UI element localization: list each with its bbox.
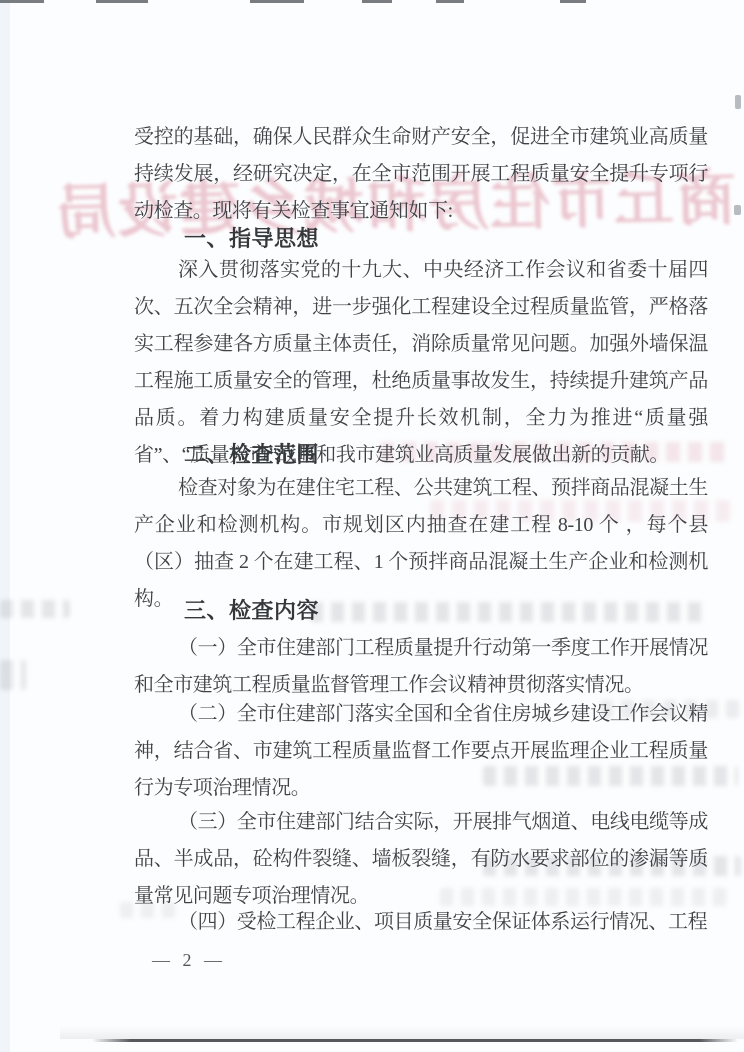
scan-speck (734, 205, 741, 215)
paragraph-item-2: （二）全市住建部门落实全国和全省住房城乡建设工作会议精神，结合省、市建筑工程质量… (134, 696, 708, 807)
scan-top-edge-mark (560, 0, 586, 3)
scan-top-edge-mark (436, 0, 464, 3)
scanned-document-page: 商丘市住房和城乡建设局 受控的基础，确保人民群众生命财产安全，促进全市建筑业高质… (0, 0, 744, 1052)
paragraph-intro: 受控的基础，确保人民群众生命财产安全，促进全市建筑业高质量持续发展，经研究决定，… (134, 119, 708, 230)
scan-speck (735, 95, 741, 109)
page-number: — 2 — (152, 950, 226, 971)
paragraph-item-3: （三）全市住建部门结合实际，开展排气烟道、电线电缆等成品、半成品，砼构件裂缝、墙… (134, 804, 708, 915)
scan-top-edge-mark (362, 0, 392, 3)
scan-top-edge-mark (96, 0, 148, 3)
paragraph-item-1: （一）全市住建部门工程质量提升行动第一季度工作开展情况和全市建筑工程质量监督管理… (134, 630, 708, 704)
scan-top-edge-mark (250, 0, 304, 3)
page-bottom-scan-line (92, 1039, 738, 1042)
heading-section-1: 一、指导思想 (184, 224, 319, 254)
scan-top-edge-mark (0, 0, 44, 3)
scan-left-edge (0, 0, 10, 1052)
page-bottom-shadow (60, 1026, 744, 1039)
bleed-through-line (0, 600, 70, 618)
heading-section-3: 三、检查内容 (184, 596, 319, 626)
heading-section-2: 二、检查范围 (184, 440, 319, 470)
paragraph-item-4: （四）受检工程企业、项目质量安全保证体系运行情况、工程 (134, 904, 708, 941)
